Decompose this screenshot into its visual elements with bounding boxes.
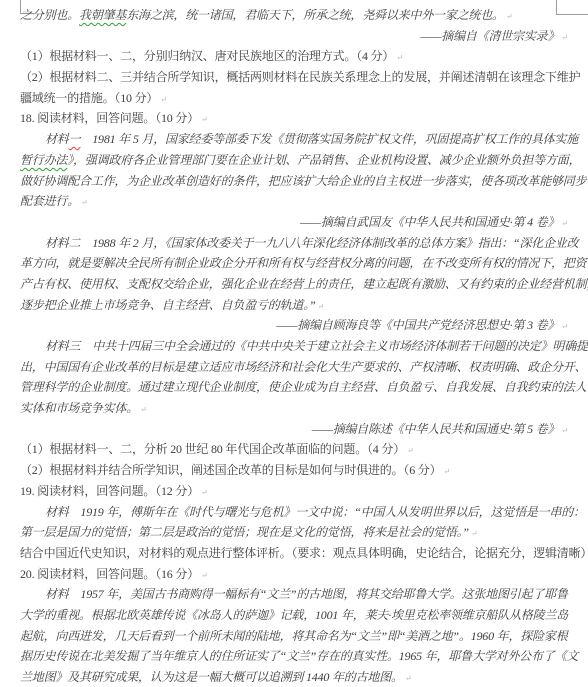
paragraph-mark-icon: ↵: [407, 446, 414, 455]
q18-material3-line2: 出，中国国有企业改革的目标是建立适应市场经济和社会化大生产要求的、产权清晰、权责…: [20, 357, 568, 378]
text-segment: 18. 阅读材料，回答问题。（10 分）: [20, 111, 199, 125]
text-segment: 起航，向西进发，几天后看到一个前所未闻的陆地，将其命名为“文兰”即“美酒之地”。…: [20, 629, 568, 643]
text-segment: 兰地图》及其研究成果，认为这是一幅大概可以追溯到 1440 年的古地图。: [20, 670, 403, 684]
text-segment: 材料 1919 年，傅斯年在《时代与曙光与危机》一文中说：“中国人从发明世界以后…: [45, 505, 585, 519]
paragraph-mark-icon: ↵: [443, 467, 450, 476]
q17-quote-continuation-line: 之分别也。我朝肇基东海之滨，统一诸国，君临天下，所承之统，尧舜以来中外一家之统也…: [20, 5, 568, 26]
paragraph-mark-icon: ↵: [561, 33, 568, 42]
spellcheck-flagged-text: 一: [69, 132, 81, 146]
paragraph-mark-icon: ↵: [396, 53, 403, 62]
q17-subquestion-2-line1: （2）根据材料二、三并结合所学知识，概括两则材料在民族关系理念上的发展，并阐述清…: [20, 67, 568, 88]
text-segment: 材料二 1988 年 2 月，《国家体改委关于一九八八年深化经济体制改革的总体方…: [45, 236, 578, 250]
q19-material-line1: 材料 1919 年，傅斯年在《时代与曙光与危机》一文中说：“中国人从发明世界以后…: [20, 502, 568, 523]
text-segment: 》，强调政府各企业管理部门要在企业计划、产品销售、企业机构设置、减少企业额外负担…: [67, 153, 580, 167]
q18-material3-line3: 管理科学的企业制度。通过建立现代企业制度，使企业成为自主经营、自负盈亏、自我发展…: [20, 377, 568, 398]
paragraph-mark-icon: ↵: [561, 426, 568, 435]
q20-material-line4: 据历史传说在北美发掘了当年维京人的住所证实了“文兰”存在的真实性。1965 年，…: [20, 646, 568, 667]
q18-material1-line1: 材料一 1981 年 5 月，国家经委等部委下发《贯彻落实国务院扩权文件，巩固提…: [20, 129, 568, 150]
q18-material1-line2: 暂行办法》，强调政府各企业管理部门要在企业计划、产品销售、企业机构设置、减少企业…: [20, 150, 568, 171]
text-segment: 据历史传说在北美发掘了当年维京人的住所证实了“文兰”存在的真实性。1965 年，…: [20, 649, 578, 663]
paragraph-mark-icon: ↵: [201, 571, 208, 580]
text-segment: ——摘编自陈述《中华人民共和国通史·第 5 卷》: [312, 422, 560, 436]
text-segment: ——摘编自《清世宗实录》: [420, 29, 559, 43]
text-segment: 配套进行。: [20, 194, 79, 208]
text-segment: （1）根据材料一、二，分别归纳汉、唐对民族地区的治理方式。（4 分）: [20, 49, 394, 63]
text-segment: 20. 阅读材料，回答问题。（16 分）: [20, 567, 199, 581]
q18-material3-line1: 材料三 中共十四届三中全会通过的《中共中央关于建立社会主义市场经济体制若干问题的…: [20, 336, 568, 357]
spellcheck-flagged-text: 暂行办法: [20, 153, 67, 167]
text-segment: 管理科学的企业制度。通过建立现代企业制度，使企业成为自主经营、自负盈亏、自我发展…: [20, 380, 586, 394]
text-segment: ——摘编自武国友《中华人民共和国通史·第 4 卷》: [300, 215, 559, 229]
text-segment: 之分别也。: [20, 8, 79, 22]
q18-subquestion-1: （1）根据材料一、二，分析 20 世纪 80 年代国企改革面临的问题。（4 分）…: [20, 439, 568, 460]
q18-material1-source: ——摘编自武国友《中华人民共和国通史·第 4 卷》↵: [20, 212, 568, 233]
q18-material2-source: ——摘编自顾海良等《中国共产党经济思想史·第 3 卷》↵: [20, 315, 568, 336]
paragraph-mark-icon: ↵: [405, 674, 412, 683]
q20-material-line2: 大学的重视。根据北欧英雄传说《冰岛人的萨迦》记载，1001 年，莱夫·埃里克松率…: [20, 605, 568, 626]
text-segment: 实体和市场竞争实体。: [20, 401, 138, 415]
q17-subquestion-2-line2: 疆域统一的措施。（10 分）↵: [20, 88, 568, 109]
q18-material2-line1: 材料二 1988 年 2 月，《国家体改委关于一九八八年深化经济体制改革的总体方…: [20, 233, 568, 254]
text-segment: 大学的重视。根据北欧英雄传说《冰岛人的萨迦》记载，1001 年，莱夫·埃里克松率…: [20, 608, 568, 622]
document-body: 之分别也。我朝肇基东海之滨，统一诸国，君临天下，所承之统，尧舜以来中外一家之统也…: [20, 5, 568, 687]
text-segment: 东海之滨，统一诸国，君临天下，所承之统，尧舜以来中外一家之统也。: [126, 8, 504, 22]
paragraph-mark-icon: ↵: [561, 322, 568, 331]
q18-material3-source: ——摘编自陈述《中华人民共和国通史·第 5 卷》↵: [20, 419, 568, 440]
text-segment: 材料: [45, 132, 69, 146]
text-segment: 做好协调配合工作，为企业改革创造好的条件，把应该扩大给企业的自主权进一步落实，使…: [20, 174, 586, 188]
q18-subquestion-2: （2）根据材料并结合所学知识，阐述国企改革的目标是如何与时俱进的。（6 分）↵: [20, 460, 568, 481]
paragraph-mark-icon: ↵: [471, 529, 478, 538]
q18-header: 18. 阅读材料，回答问题。（10 分）↵: [20, 108, 568, 129]
paragraph-mark-icon: ↵: [561, 219, 568, 228]
text-segment: 产占有权、使用权、支配权交给企业，强化企业在经营上的责任，建立起既有激励、又有约…: [20, 277, 588, 291]
text-segment: 19. 阅读材料，回答问题。（12 分）: [20, 484, 199, 498]
paragraph-mark-icon: ↵: [317, 302, 324, 311]
text-segment: 结合中国近代史知识，对材料的观点进行整体评析。（要求：观点具体明确，史论结合，论…: [20, 546, 588, 560]
q19-task-line: 结合中国近代史知识，对材料的观点进行整体评析。（要求：观点具体明确，史论结合，论…: [20, 543, 568, 564]
text-segment: ——摘编自顾海良等《中国共产党经济思想史·第 3 卷》: [276, 318, 559, 332]
paragraph-mark-icon: ↵: [201, 488, 208, 497]
paragraph-mark-icon: ↵: [201, 115, 208, 124]
text-segment: （2）根据材料二、三并结合所学知识，概括两则材料在民族关系理念上的发展，并阐述清…: [20, 70, 580, 84]
q18-material2-line2: 革方向，就是要解决全民所有制企业政企分开和所有权与经营权分离的问题，在不改变所有…: [20, 253, 568, 274]
text-segment: 逐步把企业推上市场竞争、自主经营、自负盈亏的轨道。”: [20, 298, 315, 312]
q17-source-attribution: ——摘编自《清世宗实录》↵: [20, 26, 568, 47]
text-segment: （1）根据材料一、二，分析 20 世纪 80 年代国企改革面临的问题。（4 分）: [20, 442, 405, 456]
text-segment: 材料三 中共十四届三中全会通过的《中共中央关于建立社会主义市场经济体制若干问题的…: [45, 339, 588, 353]
q20-header: 20. 阅读材料，回答问题。（16 分）↵: [20, 564, 568, 585]
text-segment: （2）根据材料并结合所学知识，阐述国企改革的目标是如何与时俱进的。（6 分）: [20, 463, 441, 477]
exam-paper-page: 之分别也。我朝肇基东海之滨，统一诸国，君临天下，所承之统，尧舜以来中外一家之统也…: [0, 0, 588, 687]
q18-material2-line3: 产占有权、使用权、支配权交给企业，强化企业在经营上的责任，建立起既有激励、又有约…: [20, 274, 568, 295]
q18-material3-line4: 实体和市场竞争实体。↵: [20, 398, 568, 419]
text-segment: 材料 1957 年，美国古书商购得一幅标有“文兰”的古地图，将其交给耶鲁大学。这…: [45, 587, 568, 601]
paragraph-mark-icon: ↵: [506, 12, 513, 21]
q19-header: 19. 阅读材料，回答问题。（12 分）↵: [20, 481, 568, 502]
text-segment: 出，中国国有企业改革的目标是建立适应市场经济和社会化大生产要求的、产权清晰、权责…: [20, 360, 586, 374]
text-segment: 革方向，就是要解决全民所有制企业政企分开和所有权与经营权分离的问题，在不改变所有…: [20, 256, 586, 270]
spellcheck-flagged-text: 我朝肇基: [79, 8, 126, 22]
q18-material2-line4: 逐步把企业推上市场竞争、自主经营、自负盈亏的轨道。”↵: [20, 295, 568, 316]
text-segment: 疆域统一的措施。（10 分）: [20, 91, 158, 105]
q17-subquestion-1: （1）根据材料一、二，分别归纳汉、唐对民族地区的治理方式。（4 分）↵: [20, 46, 568, 67]
text-segment: 1981 年 5 月，国家经委等部委下发《贯彻落实国务院扩权文件，巩固提高扩权工…: [80, 132, 578, 146]
q20-material-line3: 起航，向西进发，几天后看到一个前所未闻的陆地，将其命名为“文兰”即“美酒之地”。…: [20, 626, 568, 647]
text-segment: 第一层是国力的觉悟；第二层是政治的觉悟；现在是文化的觉悟，将来是社会的觉悟。”: [20, 525, 469, 539]
q20-material-line5: 兰地图》及其研究成果，认为这是一幅大概可以追溯到 1440 年的古地图。↵: [20, 667, 568, 687]
q20-material-line1: 材料 1957 年，美国古书商购得一幅标有“文兰”的古地图，将其交给耶鲁大学。这…: [20, 584, 568, 605]
q19-material-line2: 第一层是国力的觉悟；第二层是政治的觉悟；现在是文化的觉悟，将来是社会的觉悟。”↵: [20, 522, 568, 543]
paragraph-mark-icon: ↵: [160, 95, 167, 104]
q18-material1-line4: 配套进行。↵: [20, 191, 568, 212]
paragraph-mark-icon: ↵: [81, 198, 88, 207]
paragraph-mark-icon: ↵: [140, 405, 147, 414]
q18-material1-line3: 做好协调配合工作，为企业改革创造好的条件，把应该扩大给企业的自主权进一步落实，使…: [20, 171, 568, 192]
